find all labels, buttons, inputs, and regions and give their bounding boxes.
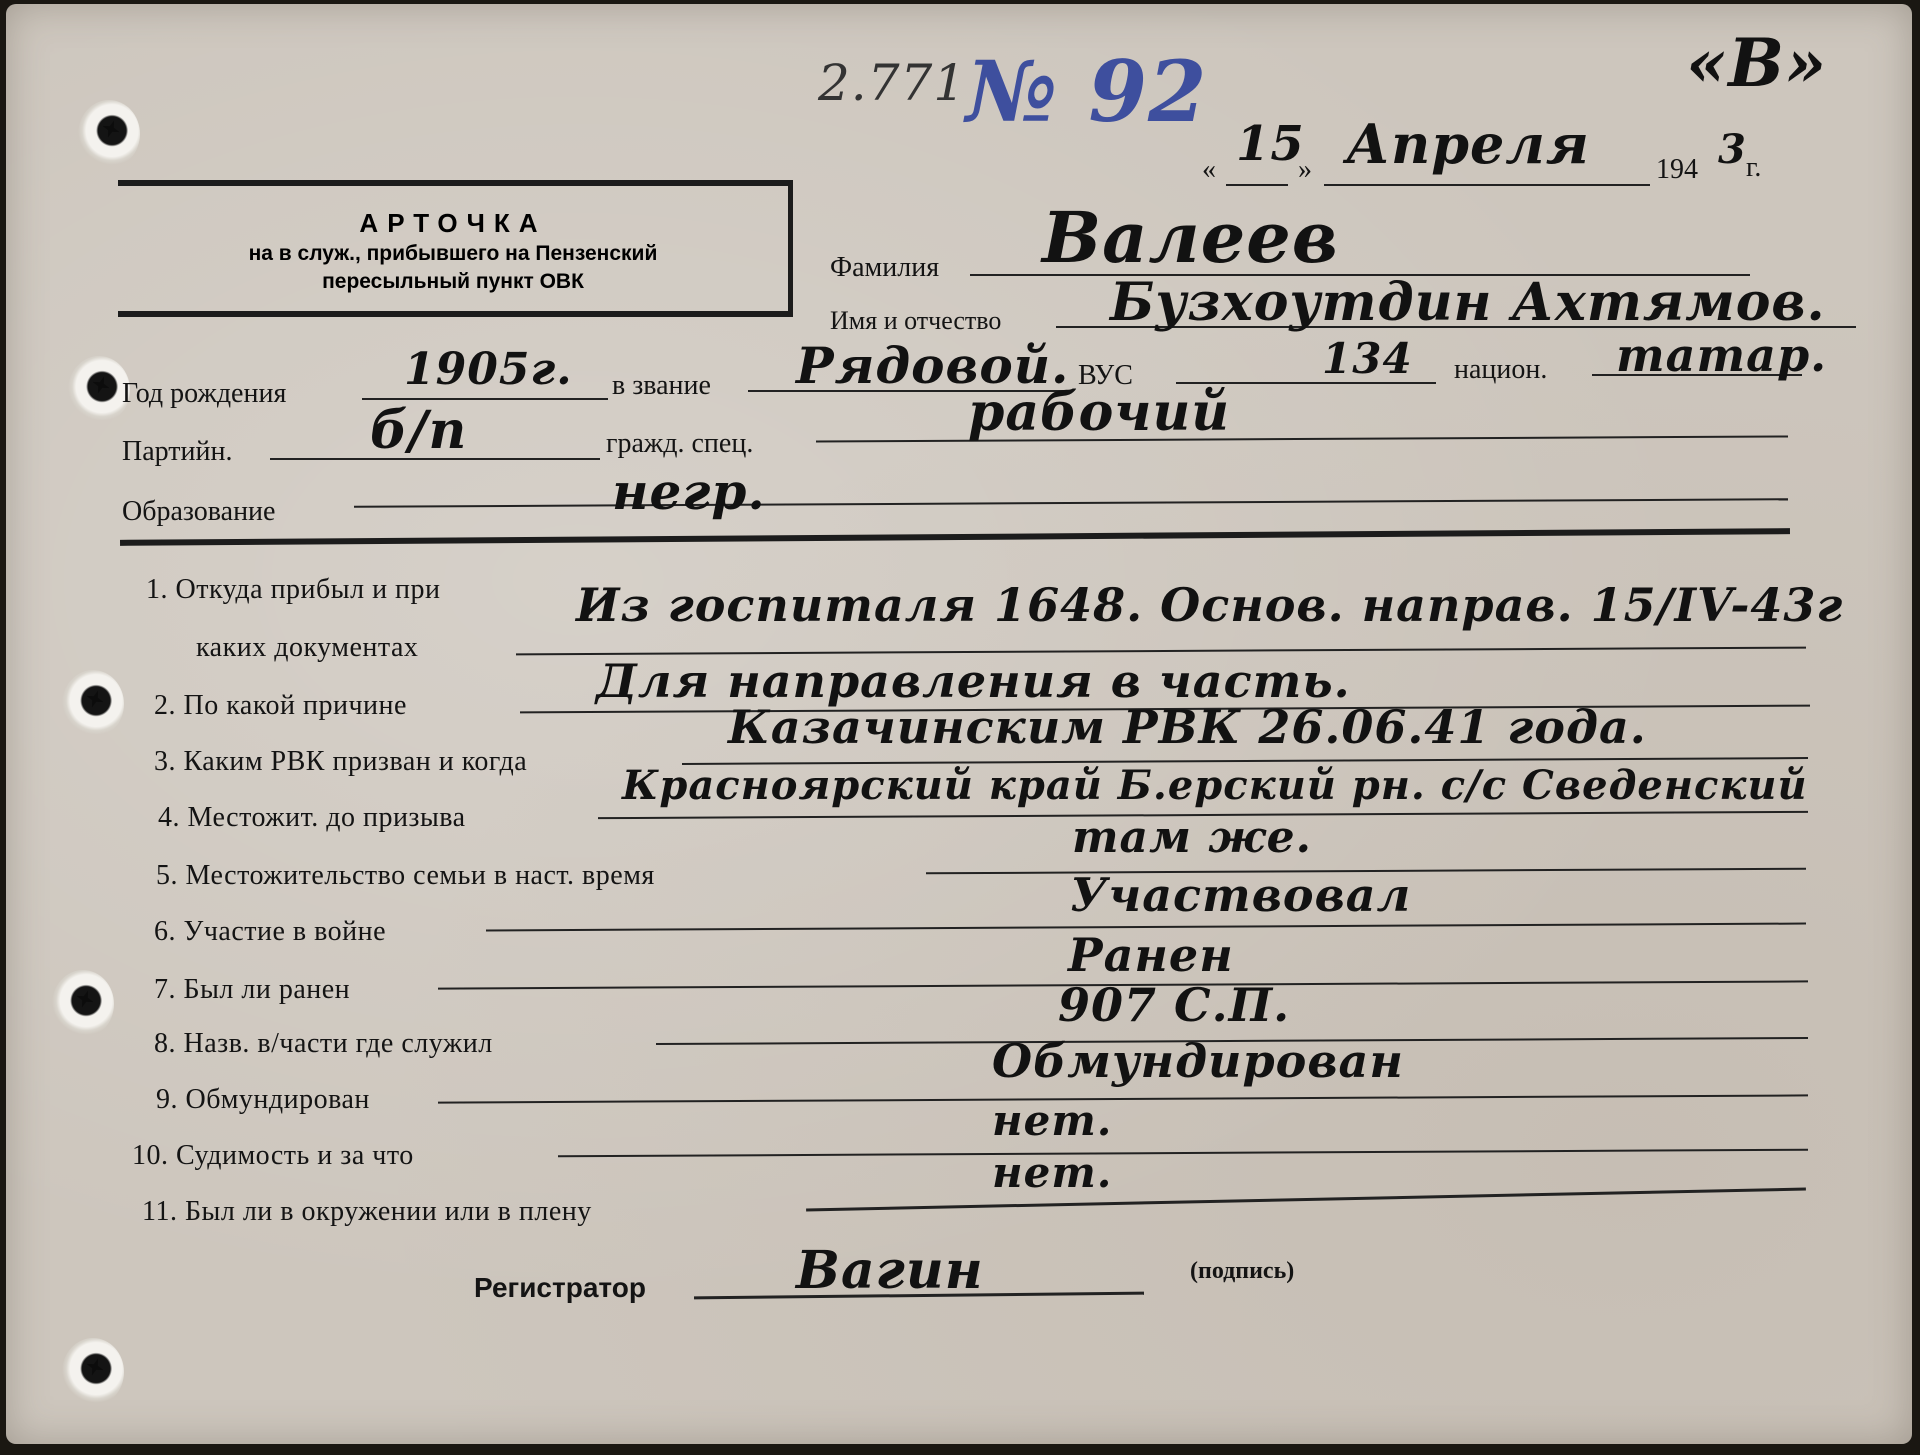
section-divider — [120, 528, 1790, 546]
card-subtitle-1: на в служ., прибывшего на Пензенский — [118, 241, 788, 267]
card-subtitle-2: пересыльный пункт ОВК — [118, 269, 788, 295]
q1-label: 1. Откуда прибыл и при — [146, 574, 441, 606]
surname-value: Валеев — [1042, 196, 1339, 279]
punch-hole-icon — [78, 100, 140, 168]
punch-hole-icon — [62, 1338, 124, 1406]
party-value: б/п — [370, 400, 467, 461]
q10-label: 10. Судимость и за что — [132, 1140, 414, 1172]
card-header: АРТОЧКА на в служ., прибывшего на Пензен… — [118, 180, 793, 317]
punch-hole-icon — [52, 970, 114, 1038]
civil-spec-value: рабочий — [968, 382, 1230, 443]
date-quote-open: « — [1202, 154, 1216, 186]
q5-label: 5. Местожительство семьи в наст. время — [156, 860, 655, 892]
birth-year-label: Год рождения — [122, 378, 286, 410]
corner-mark: «В» — [1686, 24, 1827, 102]
q6-value: Участвовал — [1070, 868, 1411, 922]
card-title: АРТОЧКА — [118, 208, 788, 239]
archive-number: 2.771 — [818, 54, 966, 112]
date-quote-close: » — [1298, 154, 1312, 186]
name-label: Имя и отчество — [830, 306, 1001, 336]
education-label: Образование — [122, 496, 275, 528]
date-day: 15 — [1236, 116, 1305, 172]
card-number: № 92 — [966, 42, 1207, 141]
nationality-value: татар. — [1616, 328, 1827, 382]
q8-label: 8. Назв. в/части где служил — [154, 1028, 493, 1060]
q9-label: 9. Обмундирован — [156, 1084, 370, 1116]
punch-hole-icon — [68, 356, 130, 424]
registrar-label: Регистратор — [474, 1272, 646, 1304]
q9-value: Обмундирован — [992, 1034, 1404, 1088]
vus-value: 134 — [1322, 334, 1413, 383]
q3-label: 3. Каким РВК призван и когда — [154, 746, 527, 778]
q11-value: нет. — [992, 1148, 1112, 1197]
q7-value: Ранен — [1068, 928, 1234, 982]
q4-label: 4. Местожит. до призыва — [158, 802, 466, 834]
signature-caption: (подпись) — [1190, 1258, 1294, 1285]
civil-spec-label: гражд. спец. — [606, 428, 753, 460]
nationality-label: национ. — [1454, 354, 1547, 386]
q1-value: Из госпиталя 1648. Основ. направ. 15/IV-… — [576, 578, 1843, 632]
date-year-unit: г. — [1746, 152, 1761, 184]
registration-card: 2.771 № 92 «В» АРТОЧКА на в служ., прибы… — [6, 4, 1912, 1444]
q3-value: Казачинским РВК 26.06.41 года. — [728, 700, 1647, 754]
party-label: Партийн. — [122, 436, 232, 468]
date-month-line — [1324, 184, 1650, 186]
q7-label: 7. Был ли ранен — [154, 974, 350, 1006]
civil-spec-line — [816, 435, 1788, 442]
q8-value: 907 С.П. — [1058, 978, 1290, 1032]
q11-line — [806, 1188, 1806, 1212]
punch-hole-icon — [62, 670, 124, 738]
q11-label: 11. Был ли в окружении или в плену — [142, 1196, 592, 1228]
education-line — [354, 498, 1788, 508]
name-value: Бузхоутдин Ахтямов. — [1110, 272, 1826, 333]
date-year-prefix: 194 — [1656, 154, 1698, 186]
date-year-suffix: 3 — [1718, 126, 1747, 173]
registrar-signature: Вагин — [796, 1240, 984, 1301]
q6-label: 6. Участие в войне — [154, 916, 386, 948]
q1-label-2: каких документах — [196, 632, 418, 664]
date-month: Апреля — [1346, 112, 1590, 176]
date-day-line — [1226, 184, 1288, 186]
birth-year-value: 1905г. — [404, 344, 573, 395]
q10-line — [558, 1149, 1808, 1158]
education-value: негр. — [612, 462, 766, 521]
surname-label: Фамилия — [830, 252, 939, 284]
q9-line — [438, 1094, 1808, 1103]
q5-value: там же. — [1072, 812, 1312, 863]
q2-label: 2. По какой причине — [154, 690, 407, 722]
q10-value: нет. — [992, 1096, 1112, 1145]
q4-value: Красноярский край Б.ерский рн. с/с Сведе… — [622, 762, 1808, 809]
rank-label: в звание — [612, 370, 711, 402]
